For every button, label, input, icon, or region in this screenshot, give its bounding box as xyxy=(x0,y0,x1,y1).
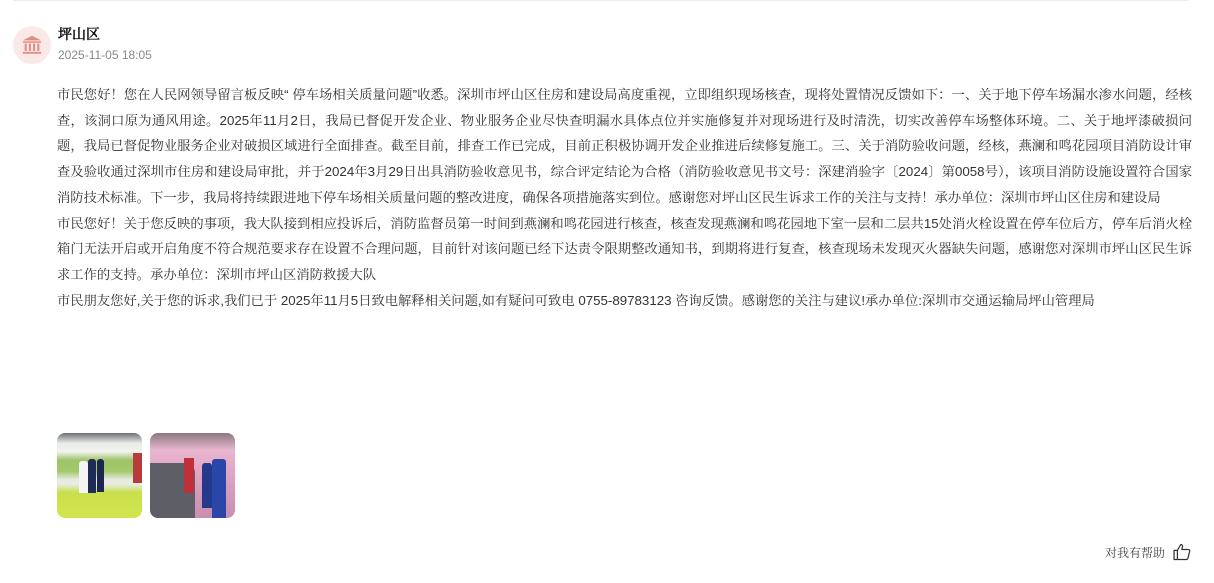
photo-detail xyxy=(133,453,142,483)
thumbs-up-icon xyxy=(1172,542,1192,562)
photo-figure xyxy=(97,459,104,492)
photo-thumbnail[interactable] xyxy=(57,433,142,518)
top-divider xyxy=(13,0,1188,1)
avatar xyxy=(13,26,51,64)
photo-thumbnail[interactable] xyxy=(150,433,235,518)
image-gallery xyxy=(57,433,235,518)
photo-figure xyxy=(88,459,96,493)
reply-paragraph: 市民您好！您在人民网领导留言板反映“ 停车场相关质量问题”收悉。深圳市坪山区住房… xyxy=(57,82,1192,211)
photo-detail xyxy=(184,458,194,493)
government-building-icon xyxy=(21,34,43,56)
reply-paragraph: 市民朋友您好,关于您的诉求,我们已于 2025年11月5日致电解释相关问题,如有… xyxy=(57,288,1192,314)
photo-figure xyxy=(202,463,212,508)
reply-header: 坪山区 2025-11-05 18:05 xyxy=(13,26,152,64)
reply-content: 市民您好！您在人民网领导留言板反映“ 停车场相关质量问题”收悉。深圳市坪山区住房… xyxy=(57,82,1192,313)
photo-figure xyxy=(79,461,88,493)
reply-paragraph: 市民您好！关于您反映的事项，我大队接到相应投诉后，消防监督员第一时间到燕澜和鸣花… xyxy=(57,211,1192,288)
post-timestamp: 2025-11-05 18:05 xyxy=(58,48,152,62)
photo-figure xyxy=(212,459,226,518)
helpful-button[interactable]: 对我有帮助 xyxy=(1105,542,1192,562)
author-name: 坪山区 xyxy=(58,26,152,42)
helpful-label: 对我有帮助 xyxy=(1105,544,1165,561)
